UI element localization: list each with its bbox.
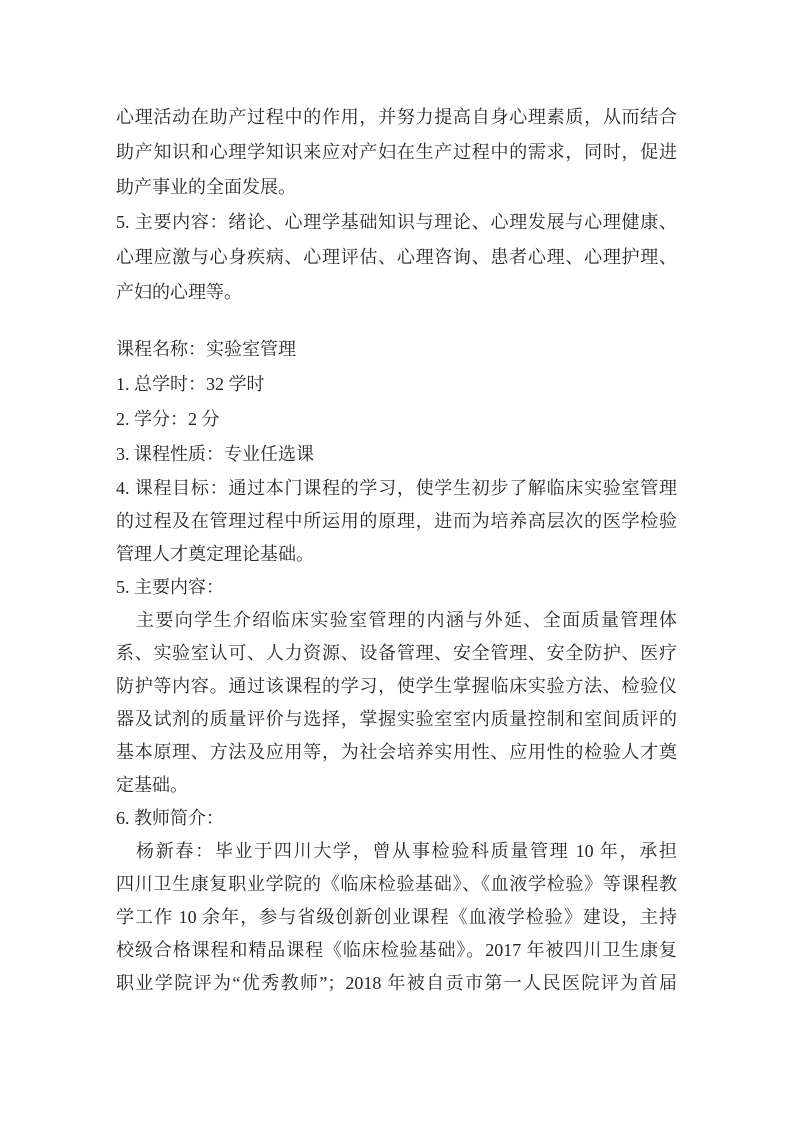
document-page: 心理活动在助产过程中的作用，并努力提高自身心理素质，从而结合 助产知识和心理学知…: [0, 0, 793, 1122]
doc-line: 学工作 10 余年，参与省级创新创业课程《血液学检验》建设，主持: [116, 901, 677, 934]
doc-line: 基本原理、方法及应用等，为社会培养实用性、应用性的检验人才奠: [116, 736, 677, 769]
doc-line: 4. 课程目标：通过本门课程的学习，使学生初步了解临床实验室管理: [116, 472, 677, 505]
doc-line: 主要向学生介绍临床实验室管理的内涵与外延、全面质量管理体: [116, 604, 677, 637]
doc-line-total-hours: 1. 总学时：32 学时: [116, 367, 677, 402]
doc-line: 系、实验室认可、人力资源、设备管理、安全管理、安全防护、医疗: [116, 637, 677, 670]
doc-line: 管理人才奠定理论基础。: [116, 538, 677, 571]
blank-line: [116, 310, 677, 332]
doc-line: 的过程及在管理过程中所运用的原理，进而为培养高层次的医学检验: [116, 505, 677, 538]
doc-line-teacher-intro-heading: 6. 教师简介：: [116, 802, 677, 835]
doc-line: 心理应激与心身疾病、心理评估、心理咨询、患者心理、心理护理、: [116, 240, 677, 275]
doc-line: 定基础。: [116, 769, 677, 802]
doc-line-main-content-heading: 5. 主要内容：: [116, 571, 677, 604]
doc-line: 四川卫生康复职业学院的《临床检验基础》、《血液学检验》等课程教: [116, 868, 677, 901]
doc-line-credits: 2. 学分：2 分: [116, 402, 677, 437]
doc-line: 校级合格课程和精品课程《临床检验基础》。2017 年被四川卫生康复: [116, 934, 677, 967]
doc-line: 器及试剂的质量评价与选择，掌握实验室室内质量控制和室间质评的: [116, 703, 677, 736]
doc-line: 职业学院评为“优秀教师”；2018 年被自贡市第一人民医院评为首届: [116, 967, 677, 1000]
doc-line: 心理活动在助产过程中的作用，并努力提高自身心理素质，从而结合: [116, 100, 677, 135]
doc-line: 助产事业的全面发展。: [116, 170, 677, 205]
doc-line: 杨新春：毕业于四川大学，曾从事检验科质量管理 10 年，承担: [116, 835, 677, 868]
doc-line: 产妇的心理等。: [116, 275, 677, 310]
doc-line-course-type: 3. 课程性质：专业任选课: [116, 437, 677, 472]
doc-line: 助产知识和心理学知识来应对产妇在生产过程中的需求，同时，促进: [116, 135, 677, 170]
doc-line: 防护等内容。通过该课程的学习，使学生掌握临床实验方法、检验仪: [116, 670, 677, 703]
doc-line: 5. 主要内容：绪论、心理学基础知识与理论、心理发展与心理健康、: [116, 205, 677, 240]
doc-line-course-name: 课程名称：实验室管理: [116, 332, 677, 367]
